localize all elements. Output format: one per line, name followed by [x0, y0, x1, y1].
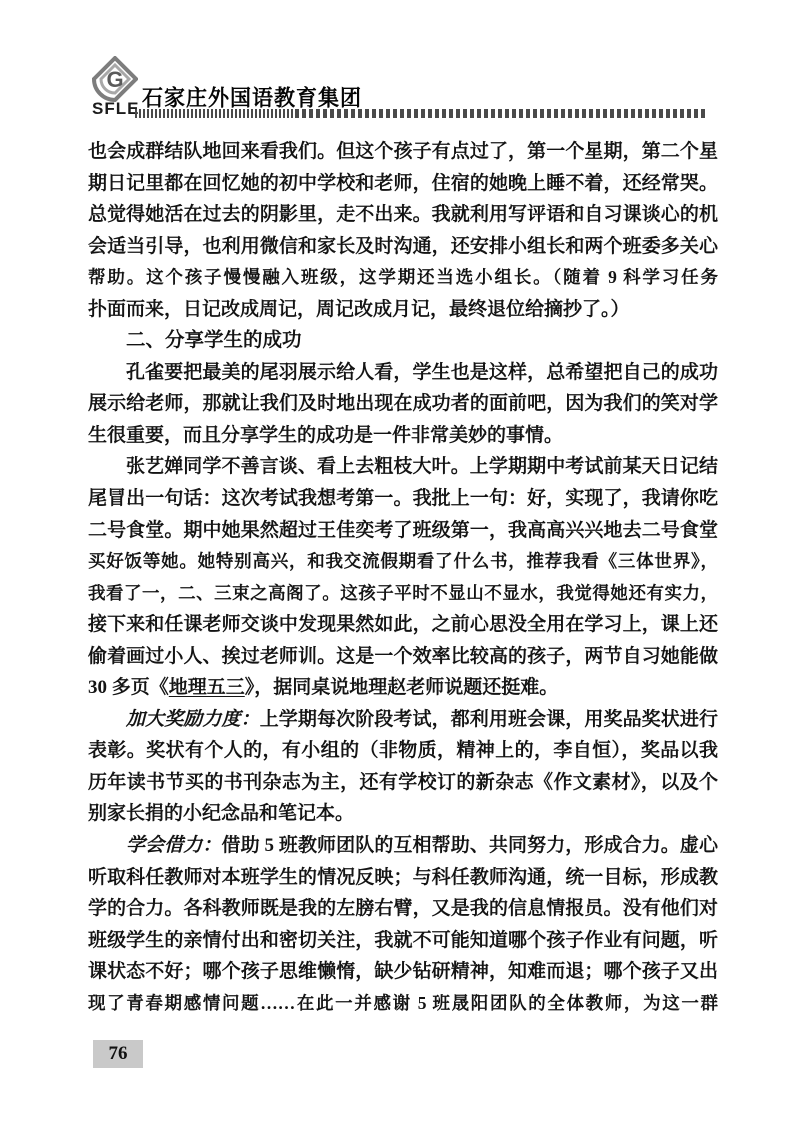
text-segment: 表彰。奖状有个人的，有小组的（非物质，精神上的，李自恒），奖品以我 [88, 740, 718, 761]
text-line: 期日记里都在回忆她的初中学校和老师，住宿的她晚上睡不着，还经常哭。 [88, 168, 718, 200]
text-segment: 现了青春期感情问题……在此一并感谢 5 班晟阳团队的全体教师，为这一群 [88, 993, 718, 1013]
text-line: 二号食堂。期中她果然超过王佳奕考了班级第一，我高高兴兴地去二号食堂 [88, 515, 718, 547]
text-line: 学会借力：借助 5 班教师团队的互相帮助、共同努力，形成合力。虚心 [88, 830, 718, 862]
text-segment: 也会成群结队地回来看我们。但这个孩子有点过了，第一个星期，第二个星 [88, 141, 718, 162]
text-line: 尾冒出一句话：这次考试我想考第一。我批上一句：好，实现了，我请你吃 [88, 483, 718, 515]
text-line: 学的合力。各科教师既是我的左膀右臂，又是我的信息情报员。没有他们对 [88, 893, 718, 925]
text-line: 会适当引导，也利用微信和家长及时沟通，还安排小组长和两个班委多关心 [88, 231, 718, 263]
document-page: G SFLE 石家庄外国语教育集团 也会成群结队地回来看我们。但这个孩子有点过了… [0, 0, 803, 1134]
emphasis-lead: 加大奖励力度： [126, 709, 260, 730]
text-line: 班级学生的亲情付出和密切关注，我就不可能知道哪个孩子作业有问题，听 [88, 925, 718, 957]
text-segment: 上学期每次阶段考试，都利用班会课，用奖品奖状进行 [260, 709, 718, 730]
text-line: 我看了一，二、三束之高阁了。这孩子平时不显山不显水，我觉得她还有实力， [88, 578, 718, 610]
text-line: 听取科任教师对本班学生的情况反映；与科任教师沟通，统一目标，形成教 [88, 862, 718, 894]
text-line: 课状态不好；哪个孩子思维懒惰，缺少钻研精神，知难而退；哪个孩子又出 [88, 956, 718, 988]
text-line: 历年读书节买的书刊杂志为主，还有学校订的新杂志《作文素材》，以及个 [88, 767, 718, 799]
text-line: 接下来和任课老师交谈中发现果然如此，之前心思没全用在学习上，课上还 [88, 609, 718, 641]
text-segment: 生很重要，而且分享学生的成功是一件非常美妙的事情。 [88, 425, 563, 446]
text-segment: 30 多页《 [88, 677, 169, 698]
text-line: 别家长捐的小纪念品和笔记本。 [88, 798, 718, 830]
text-segment: 课状态不好；哪个孩子思维懒惰，缺少钻研精神，知难而退；哪个孩子又出 [88, 961, 718, 982]
text-line: 张艺婵同学不善言谈、看上去粗枝大叶。上学期期中考试前某天日记结 [88, 451, 718, 483]
text-segment: 二号食堂。期中她果然超过王佳奕考了班级第一，我高高兴兴地去二号食堂 [88, 520, 718, 541]
text-segment: 偷着画过小人、挨过老师训。这是一个效率比较高的孩子，两节自习她能做 [88, 646, 718, 667]
body-text: 也会成群结队地回来看我们。但这个孩子有点过了，第一个星期，第二个星期日记里都在回… [88, 136, 718, 1019]
text-line: 总觉得她活在过去的阴影里，走不出来。我就利用写评语和自习课谈心的机 [88, 199, 718, 231]
text-segment: 期日记里都在回忆她的初中学校和老师，住宿的她晚上睡不着，还经常哭。 [88, 173, 718, 194]
text-segment: 历年读书节买的书刊杂志为主，还有学校订的新杂志《作文素材》，以及个 [88, 772, 718, 793]
emphasis-lead: 学会借力： [126, 835, 221, 856]
text-segment: 我看了一，二、三束之高阁了。这孩子平时不显山不显水，我觉得她还有实力， [88, 583, 718, 603]
text-line: 扑面而来，日记改成周记，周记改成月记，最终退位给摘抄了。） [88, 294, 718, 326]
text-line: 也会成群结队地回来看我们。但这个孩子有点过了，第一个星期，第二个星 [88, 136, 718, 168]
text-line: 偷着画过小人、挨过老师训。这是一个效率比较高的孩子，两节自习她能做 [88, 641, 718, 673]
text-segment: 总觉得她活在过去的阴影里，走不出来。我就利用写评语和自习课谈心的机 [88, 204, 718, 225]
text-line: 现了青春期感情问题……在此一并感谢 5 班晟阳团队的全体教师，为这一群 [88, 988, 718, 1020]
text-segment: 扑面而来，日记改成周记，周记改成月记，最终退位给摘抄了。） [88, 299, 630, 320]
text-line: 30 多页《地理五三》，据同桌说地理赵老师说题还挺难。 [88, 672, 718, 704]
text-line: 加大奖励力度：上学期每次阶段考试，都利用班会课，用奖品奖状进行 [88, 704, 718, 736]
text-line: 表彰。奖状有个人的，有小组的（非物质，精神上的，李自恒），奖品以我 [88, 735, 718, 767]
text-segment: 别家长捐的小纪念品和笔记本。 [88, 803, 354, 824]
text-segment: 买好饭等她。她特别高兴，和我交流假期看了什么书，推荐我看《三体世界》， [88, 551, 718, 571]
text-segment: 展示给老师，那就让我们及时地出现在成功者的面前吧，因为我们的笑对学 [88, 393, 718, 414]
text-segment: 接下来和任课老师交谈中发现果然如此，之前心思没全用在学习上，课上还 [88, 614, 718, 635]
underlined-title: 地理五三 [169, 677, 245, 698]
barcode-divider [135, 109, 708, 118]
text-line: 展示给老师，那就让我们及时地出现在成功者的面前吧，因为我们的笑对学 [88, 388, 718, 420]
text-segment: 孔雀要把最美的尾羽展示给人看，学生也是这样，总希望把自己的成功 [126, 362, 718, 383]
text-segment: 学的合力。各科教师既是我的左膀右臂，又是我的信息情报员。没有他们对 [88, 898, 718, 919]
text-segment: 帮助。这个孩子慢慢融入班级，这学期还当选小组长。（随着 9 科学习任务 [88, 267, 718, 287]
text-segment: 借助 5 班教师团队的互相帮助、共同努力，形成合力。虚心 [221, 835, 718, 856]
text-segment: 二、分享学生的成功 [126, 329, 302, 351]
text-segment: 班级学生的亲情付出和密切关注，我就不可能知道哪个孩子作业有问题，听 [88, 930, 718, 951]
text-segment: 尾冒出一句话：这次考试我想考第一。我批上一句：好，实现了，我请你吃 [88, 488, 718, 509]
svg-text:G: G [106, 67, 123, 92]
text-line: 帮助。这个孩子慢慢融入班级，这学期还当选小组长。（随着 9 科学习任务 [88, 262, 718, 294]
text-segment: 张艺婵同学不善言谈、看上去粗枝大叶。上学期期中考试前某天日记结 [126, 456, 718, 477]
page-number: 76 [93, 1040, 143, 1068]
sfle-drop-g-logo-icon: G [92, 56, 138, 103]
text-segment: 》，据同桌说地理赵老师说题还挺难。 [245, 677, 559, 698]
text-line: 孔雀要把最美的尾羽展示给人看，学生也是这样，总希望把自己的成功 [88, 357, 718, 389]
text-line: 生很重要，而且分享学生的成功是一件非常美妙的事情。 [88, 420, 718, 452]
text-line: 买好饭等她。她特别高兴，和我交流假期看了什么书，推荐我看《三体世界》， [88, 546, 718, 578]
text-segment: 听取科任教师对本班学生的情况反映；与科任教师沟通，统一目标，形成教 [88, 867, 718, 888]
section-heading: 二、分享学生的成功 [88, 325, 718, 357]
text-segment: 会适当引导，也利用微信和家长及时沟通，还安排小组长和两个班委多关心 [88, 236, 718, 257]
